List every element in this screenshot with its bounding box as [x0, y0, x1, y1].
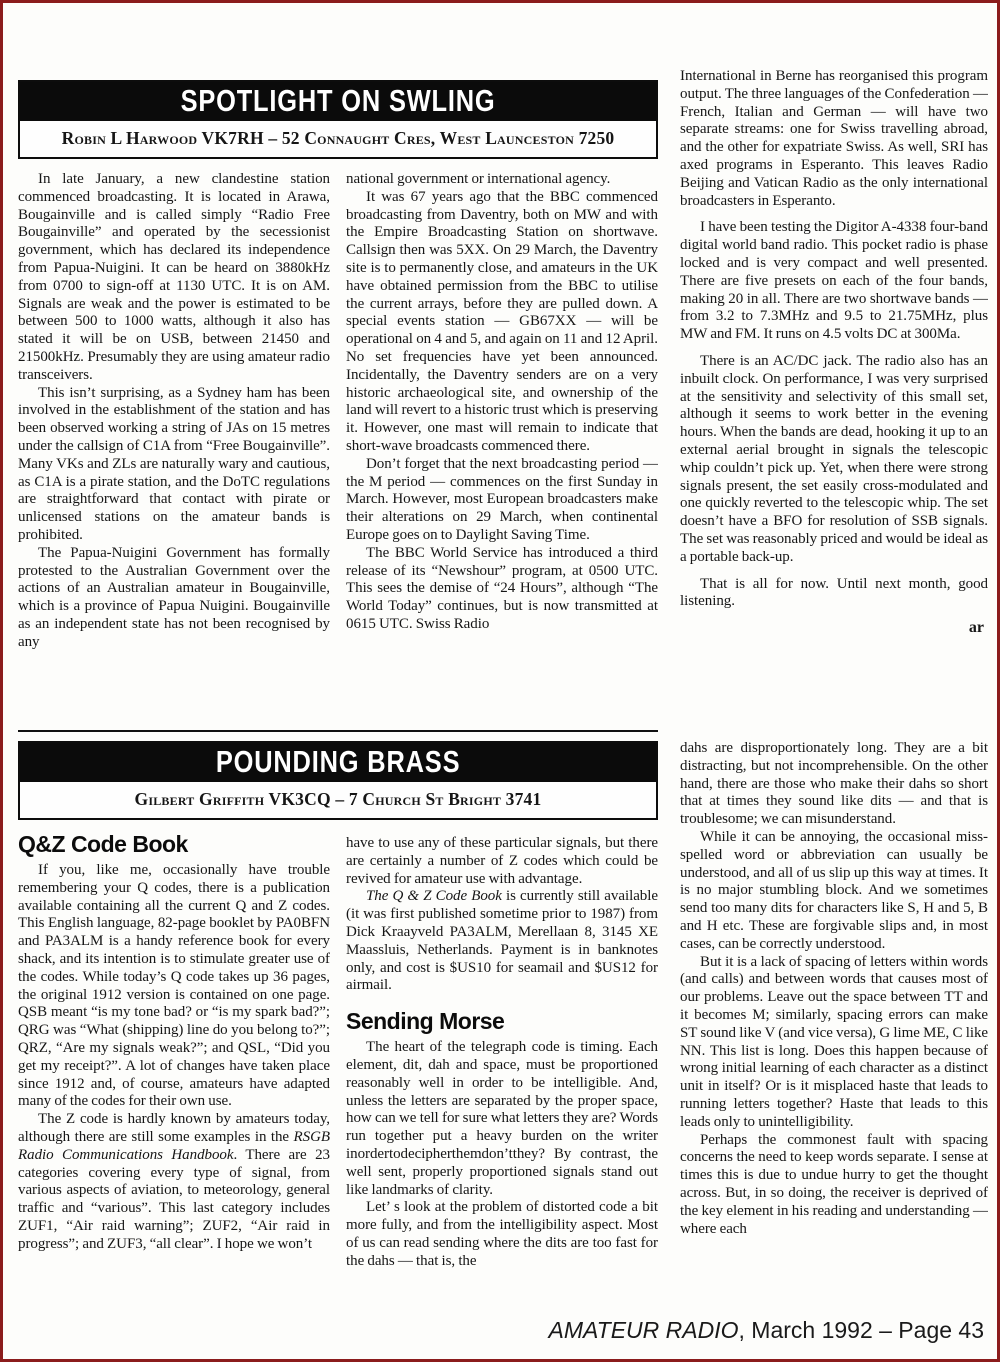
paragraph: have to use any of these particular sign…	[346, 835, 658, 888]
paragraph: The Z code is hardly known by amateurs t…	[18, 1111, 330, 1253]
paragraph: Perhaps the commonest fault with spacing…	[680, 1132, 988, 1239]
pounding-column-2-text-a: have to use any of these particular sign…	[346, 835, 658, 995]
page-footer: AMATEUR RADIO, March 1992 – Page 43	[549, 1317, 984, 1344]
spotlight-section: SPOTLIGHT ON SWLING Robin L Harwood VK7R…	[18, 68, 988, 716]
spotlight-column-3: International in Berne has reorganised t…	[680, 68, 988, 700]
spotlight-title-bar: SPOTLIGHT ON SWLING	[20, 82, 656, 121]
paragraph: The Q & Z Code Book is currently still a…	[346, 888, 658, 995]
spotlight-byline: Robin L Harwood VK7RH – 52 Connaught Cre…	[20, 121, 656, 157]
spotlight-column-3-text: International in Berne has reorganised t…	[680, 68, 988, 611]
pounding-column-2: have to use any of these particular sign…	[346, 832, 658, 1324]
qz-code-book-heading: Q&Z Code Book	[18, 832, 330, 857]
pounding-column-1: Q&Z Code Book If you, like me, occasiona…	[18, 832, 330, 1324]
paragraph: If you, like me, occasionally have troub…	[18, 862, 330, 1111]
paragraph: The heart of the telegraph code is timin…	[346, 1039, 658, 1199]
paragraph: It was 67 years ago that the BBC commenc…	[346, 189, 658, 456]
pounding-byline: Gilbert Griffith VK3CQ – 7 Church St Bri…	[20, 782, 656, 818]
spotlight-signoff: ar	[680, 619, 988, 637]
footer-issue-page: , March 1992 – Page 43	[739, 1317, 985, 1343]
paragraph: There is an AC/DC jack. The radio also h…	[680, 353, 988, 567]
journal-title: AMATEUR RADIO	[549, 1317, 739, 1343]
pounding-title-bar: POUNDING BRASS	[20, 743, 656, 782]
spotlight-column-1: In late January, a new clandestine stati…	[18, 171, 330, 716]
paragraph: The BBC World Service has introduced a t…	[346, 545, 658, 634]
pounding-column-2-text-b: The heart of the telegraph code is timin…	[346, 1039, 658, 1270]
pounding-title: POUNDING BRASS	[216, 745, 461, 778]
pounding-header-box: POUNDING BRASS Gilbert Griffith VK3CQ – …	[18, 741, 658, 820]
magazine-page: SPOTLIGHT ON SWLING Robin L Harwood VK7R…	[0, 0, 1000, 1362]
paragraph: dahs are disproportionately long. They a…	[680, 740, 988, 829]
paragraph: The Papua-Nuigini Government has formall…	[18, 545, 330, 652]
paragraph: In late January, a new clandestine stati…	[18, 171, 330, 385]
pounding-column-3-text: dahs are disproportionately long. They a…	[680, 740, 988, 1238]
paragraph: That is all for now. Until next month, g…	[680, 576, 988, 612]
section-divider	[18, 730, 658, 732]
paragraph: I have been testing the Digitor A-4338 f…	[680, 219, 988, 344]
paragraph: But it is a lack of spacing of letters w…	[680, 954, 988, 1132]
paragraph: Don’t forget that the next broadcasting …	[346, 456, 658, 545]
pounding-brass-section: POUNDING BRASS Gilbert Griffith VK3CQ – …	[18, 716, 988, 1324]
paragraph: This isn’t surprising, as a Sydney ham h…	[18, 385, 330, 545]
sending-morse-heading: Sending Morse	[346, 1009, 658, 1034]
spotlight-header-box: SPOTLIGHT ON SWLING Robin L Harwood VK7R…	[18, 80, 658, 159]
paragraph: International in Berne has reorganised t…	[680, 68, 988, 210]
paragraph: national government or international age…	[346, 171, 658, 189]
spotlight-title: SPOTLIGHT ON SWLING	[181, 84, 496, 117]
pounding-column-3: dahs are disproportionately long. They a…	[680, 716, 988, 1296]
paragraph: Let’ s look at the problem of distorted …	[346, 1199, 658, 1270]
spotlight-column-2: national government or international age…	[346, 171, 658, 716]
paragraph: While it can be annoying, the occasional…	[680, 829, 988, 954]
pounding-column-1-text: If you, like me, occasionally have troub…	[18, 862, 330, 1254]
